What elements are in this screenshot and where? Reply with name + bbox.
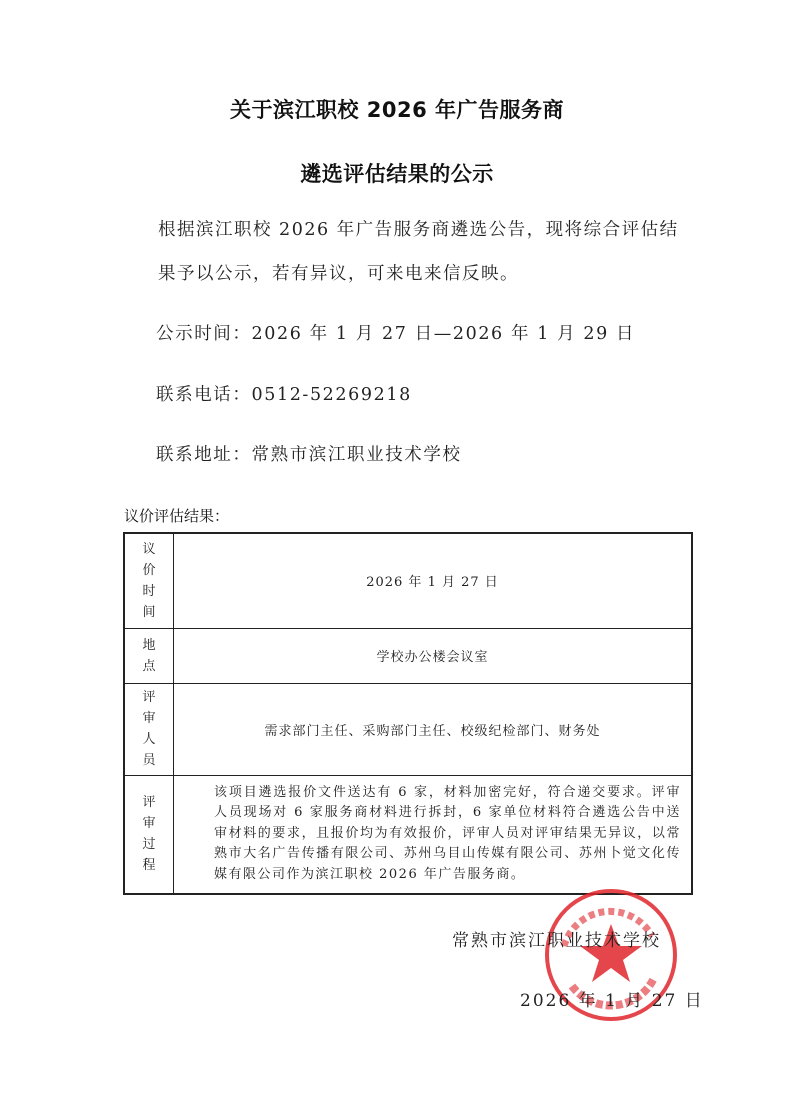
row-label: 地 点: [124, 628, 174, 683]
table-row-time: 议 价 时 间 2026 年 1 月 27 日: [124, 533, 692, 628]
intro-text: 根据滨江职校 2026 年广告服务商遴选公告，现将综合评估结果予以公示，若有异议…: [122, 208, 692, 296]
row-label: 议 价 时 间: [124, 533, 174, 628]
contact-phone: 联系电话：0512-52269218: [156, 381, 412, 406]
table-row-process: 评 审 过 程 该项目遴选报价文件送达有 6 家，材料加密完好，符合递交要求。评…: [124, 775, 692, 894]
row-label: 评 审 人 员: [124, 683, 174, 775]
row-value-reviewers: 需求部门主任、采购部门主任、校级纪检部门、财务处: [174, 683, 693, 775]
row-value-process: 该项目遴选报价文件送达有 6 家，材料加密完好，符合递交要求。评审人员现场对 6…: [174, 775, 693, 894]
row-value-time: 2026 年 1 月 27 日: [174, 533, 693, 628]
evaluation-table: 议 价 时 间 2026 年 1 月 27 日 地 点 学校办公楼会议室 评 审…: [123, 532, 693, 895]
row-label: 评 审 过 程: [124, 775, 174, 894]
document-title-line1: 关于滨江职校 2026 年广告服务商: [0, 94, 794, 124]
table-row-reviewers: 评 审 人 员 需求部门主任、采购部门主任、校级纪检部门、财务处: [124, 683, 692, 775]
intro-paragraph: 根据滨江职校 2026 年广告服务商遴选公告，现将综合评估结果予以公示，若有异议…: [122, 208, 692, 296]
row-value-location: 学校办公楼会议室: [174, 628, 693, 683]
document-title-line2: 遴选评估结果的公示: [0, 158, 794, 188]
table-row-location: 地 点 学校办公楼会议室: [124, 628, 692, 683]
signature-org: 常熟市滨江职业技术学校: [452, 926, 661, 951]
notice-period: 公示时间：2026 年 1 月 27 日—2026 年 1 月 29 日: [156, 320, 635, 345]
contact-address: 联系地址：常熟市滨江职业技术学校: [156, 441, 462, 466]
section-label: 议价评估结果：: [124, 505, 229, 526]
signature-date: 2026 年 1 月 27 日: [520, 986, 704, 1011]
